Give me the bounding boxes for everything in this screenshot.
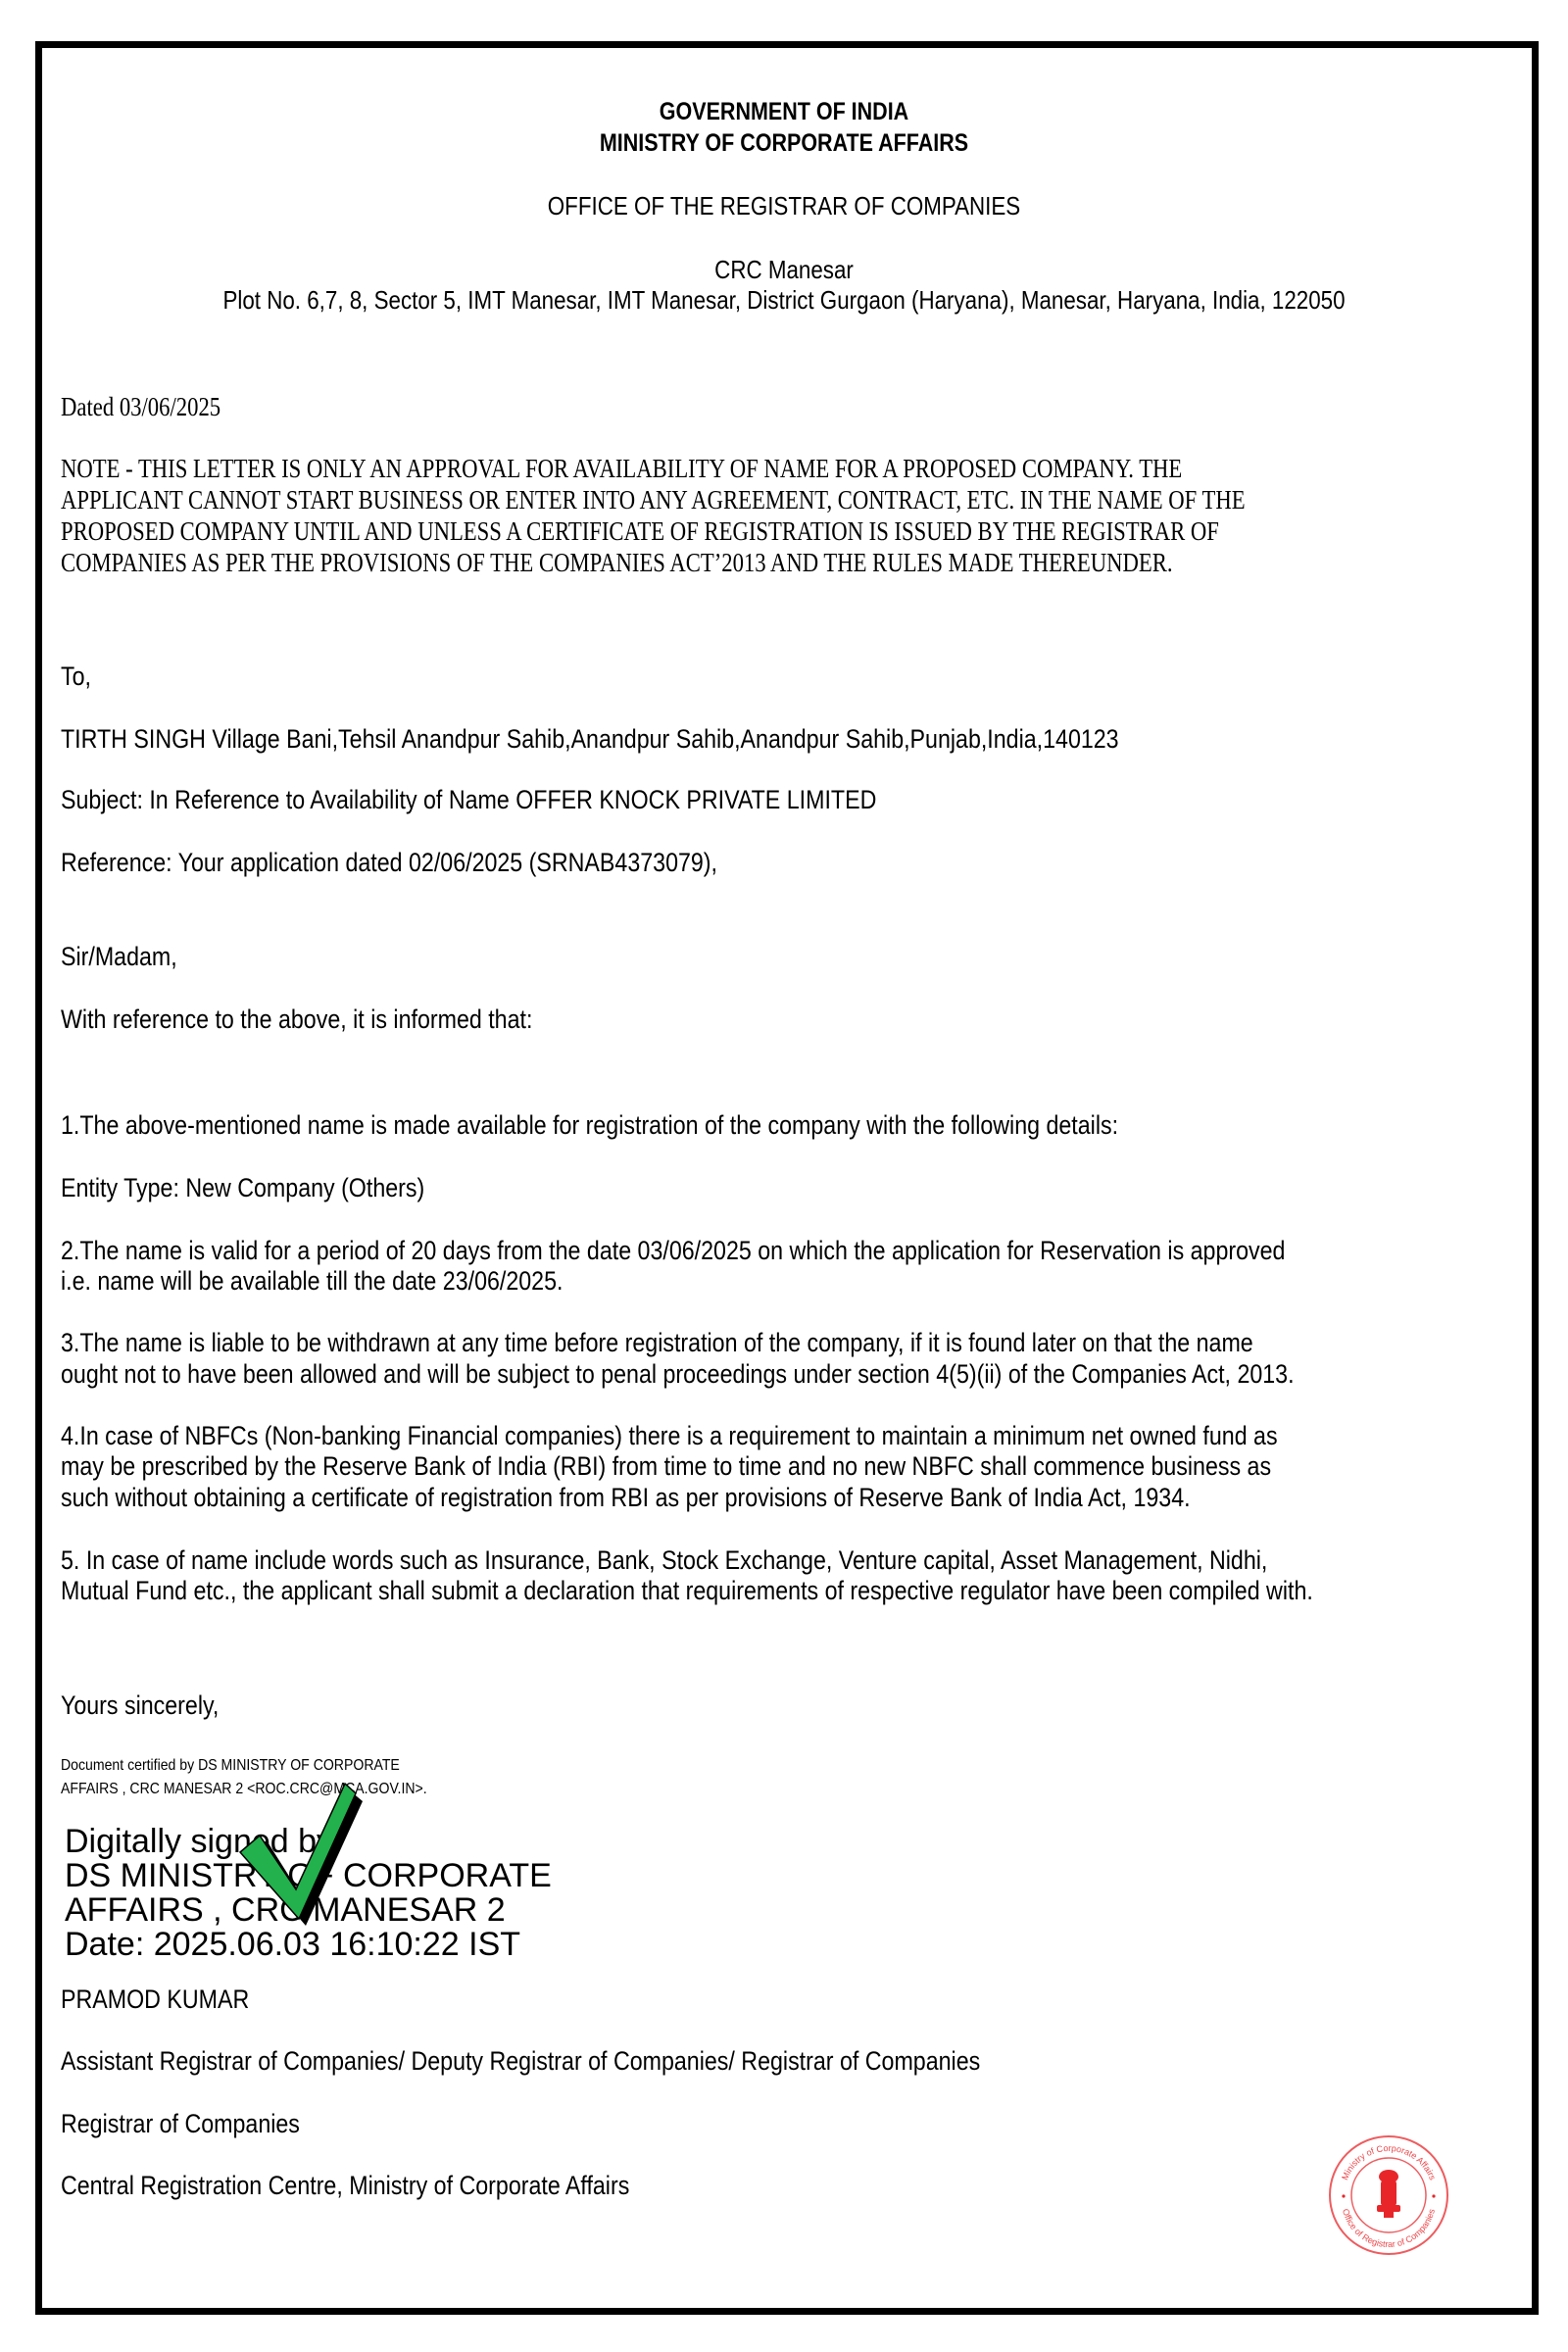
point-2-line: 2.The name is valid for a period of 20 d… <box>61 1238 1285 1264</box>
signature-line: Date: 2025.06.03 16:10:22 IST <box>65 1928 520 1962</box>
header-address: Plot No. 6,7, 8, Sector 5, IMT Manesar, … <box>110 287 1458 313</box>
designation: Assistant Registrar of Companies/ Deputy… <box>61 2048 980 2075</box>
point-4-line: such without obtaining a certificate of … <box>61 1485 1191 1511</box>
note-line: NOTE - THIS LETTER IS ONLY AN APPROVAL F… <box>61 456 1182 482</box>
dated-line: Dated 03/06/2025 <box>61 394 220 420</box>
point-5-line: Mutual Fund etc., the applicant shall su… <box>61 1578 1313 1604</box>
note-line: PROPOSED COMPANY UNTIL AND UNLESS A CERT… <box>61 518 1219 545</box>
point-3-line: ought not to have been allowed and will … <box>61 1361 1295 1388</box>
point-5-line: 5. In case of name include words such as… <box>61 1547 1267 1574</box>
header-centre: CRC Manesar <box>110 257 1458 282</box>
subject-line: Subject: In Reference to Availability of… <box>61 787 876 813</box>
note-line: APPLICANT CANNOT START BUSINESS OR ENTER… <box>61 487 1246 514</box>
sign-off: Yours sincerely, <box>61 1692 219 1719</box>
reference-line: Reference: Your application dated 02/06/… <box>61 850 717 876</box>
check-icon <box>225 1764 363 1931</box>
point-1: 1.The above-mentioned name is made avail… <box>61 1112 1118 1139</box>
entity-type: Entity Type: New Company (Others) <box>61 1175 424 1201</box>
header-government: GOVERNMENT OF INDIA <box>110 100 1458 124</box>
point-2-line: i.e. name will be available till the dat… <box>61 1268 563 1295</box>
to-label: To, <box>61 663 91 690</box>
title: Registrar of Companies <box>61 2111 300 2137</box>
header-office: OFFICE OF THE REGISTRAR OF COMPANIES <box>110 193 1458 219</box>
salutation: Sir/Madam, <box>61 944 177 970</box>
note-line: COMPANIES AS PER THE PROVISIONS OF THE C… <box>61 550 1173 576</box>
official-seal-icon: Ministry of Corporate Affairs Office of … <box>1325 2131 1452 2259</box>
intro-line: With reference to the above, it is infor… <box>61 1006 532 1033</box>
point-4-line: may be prescribed by the Reserve Bank of… <box>61 1453 1271 1480</box>
header-ministry: MINISTRY OF CORPORATE AFFAIRS <box>110 131 1458 156</box>
point-4-line: 4.In case of NBFCs (Non-banking Financia… <box>61 1423 1278 1449</box>
signatory-name: PRAMOD KUMAR <box>61 1986 249 2013</box>
centre-name: Central Registration Centre, Ministry of… <box>61 2173 629 2199</box>
addressee: TIRTH SINGH Village Bani,Tehsil Anandpur… <box>61 726 1119 753</box>
point-3-line: 3.The name is liable to be withdrawn at … <box>61 1330 1253 1356</box>
